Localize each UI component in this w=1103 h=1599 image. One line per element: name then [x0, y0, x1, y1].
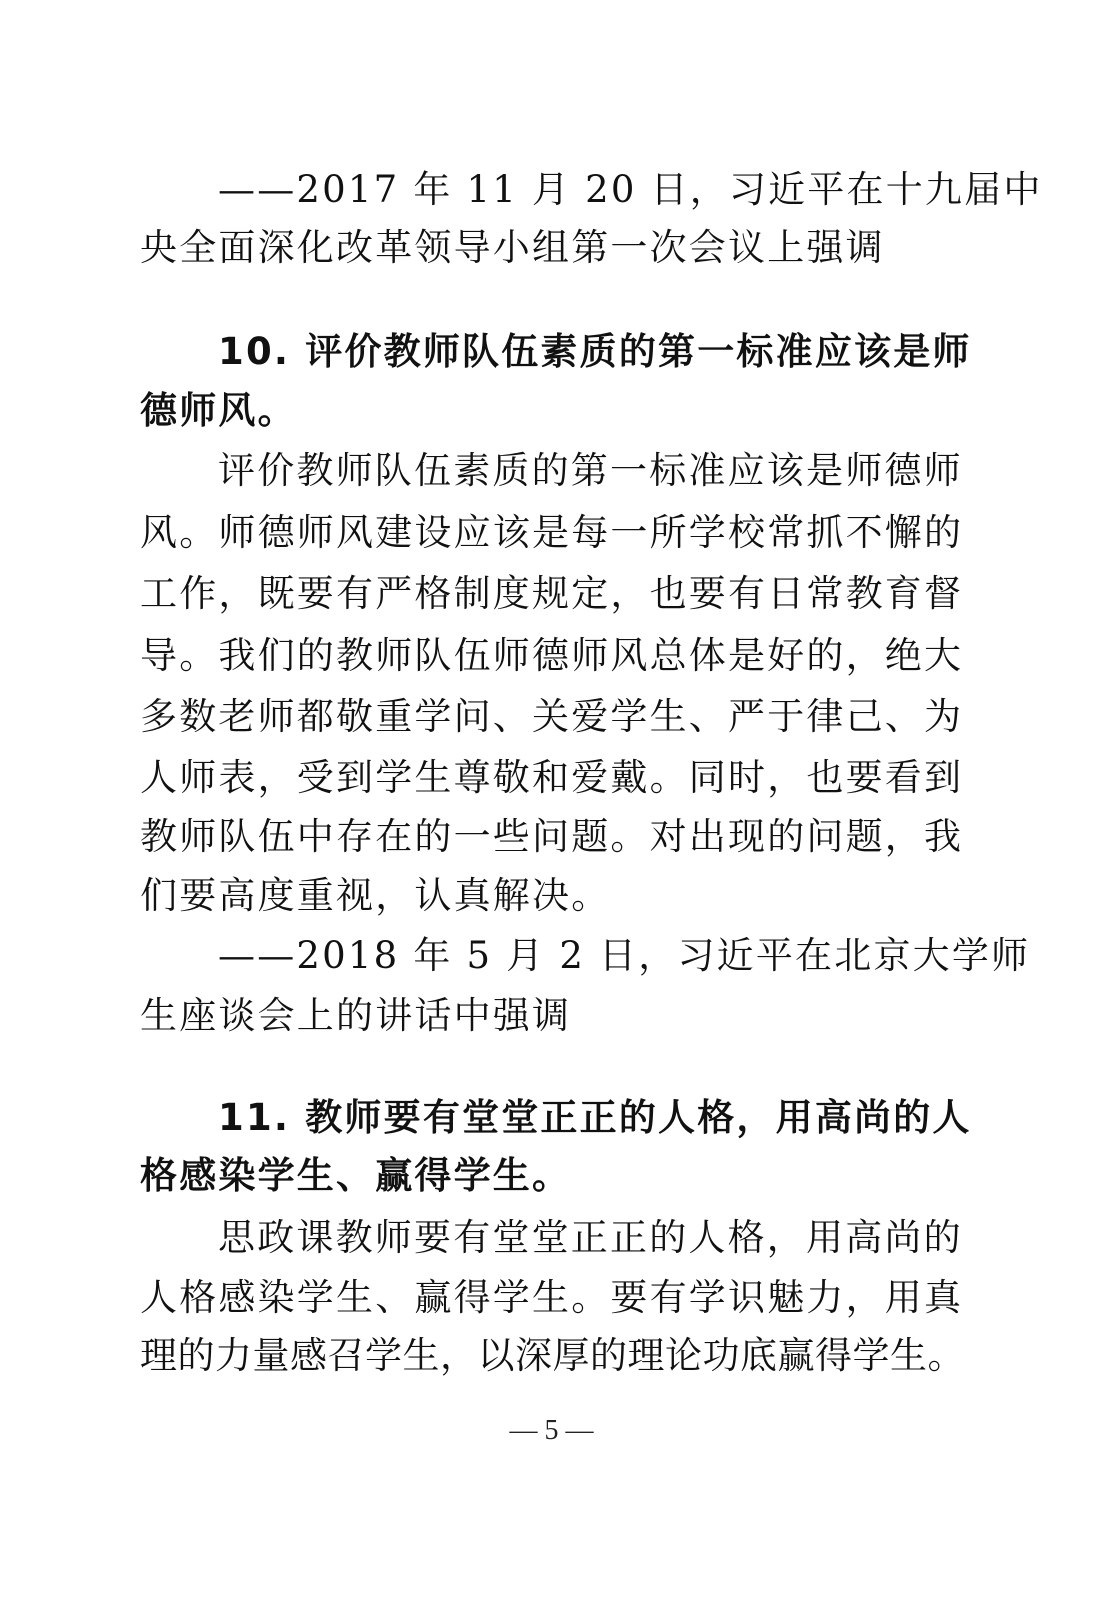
body-line: 教师队伍中存在的一些问题。对出现的问题，我: [140, 815, 942, 859]
section-heading: 10. 评价教师队伍素质的第一标准应该是师: [218, 330, 942, 374]
section-heading: 德师风。: [140, 389, 942, 433]
section-heading: 格感染学生、赢得学生。: [140, 1154, 942, 1198]
body-line: 工作，既要有严格制度规定，也要有日常教育督: [140, 572, 942, 616]
attribution-line: ——2018 年 5 月 2 日，习近平在北京大学师: [218, 934, 942, 978]
body-line: 们要高度重视，认真解决。: [140, 874, 942, 918]
body-line: 思政课教师要有堂堂正正的人格，用高尚的: [218, 1216, 942, 1260]
attribution-line: ——2017 年 11 月 20 日，习近平在十九届中: [218, 168, 942, 212]
body-line: 人格感染学生、赢得学生。要有学识魅力，用真: [140, 1276, 942, 1320]
attribution-line: 央全面深化改革领导小组第一次会议上强调: [140, 226, 942, 270]
body-line: 多数老师都敬重学问、关爱学生、严于律己、为: [140, 695, 942, 739]
body-line: 风。师德师风建设应该是每一所学校常抓不懈的: [140, 511, 942, 555]
attribution-line: 生座谈会上的讲话中强调: [140, 994, 942, 1038]
document-page: ——2017 年 11 月 20 日，习近平在十九届中 央全面深化改革领导小组第…: [0, 0, 1103, 1599]
body-line: 评价教师队伍素质的第一标准应该是师德师: [218, 449, 942, 493]
body-line: 人师表，受到学生尊敬和爱戴。同时，也要看到: [140, 756, 942, 800]
section-heading: 11. 教师要有堂堂正正的人格，用高尚的人: [218, 1096, 942, 1140]
body-line: 理的力量感召学生，以深厚的理论功底赢得学生。: [140, 1334, 942, 1378]
body-line: 导。我们的教师队伍师德师风总体是好的，绝大: [140, 634, 942, 678]
page-number: — 5 —: [0, 1415, 1103, 1447]
